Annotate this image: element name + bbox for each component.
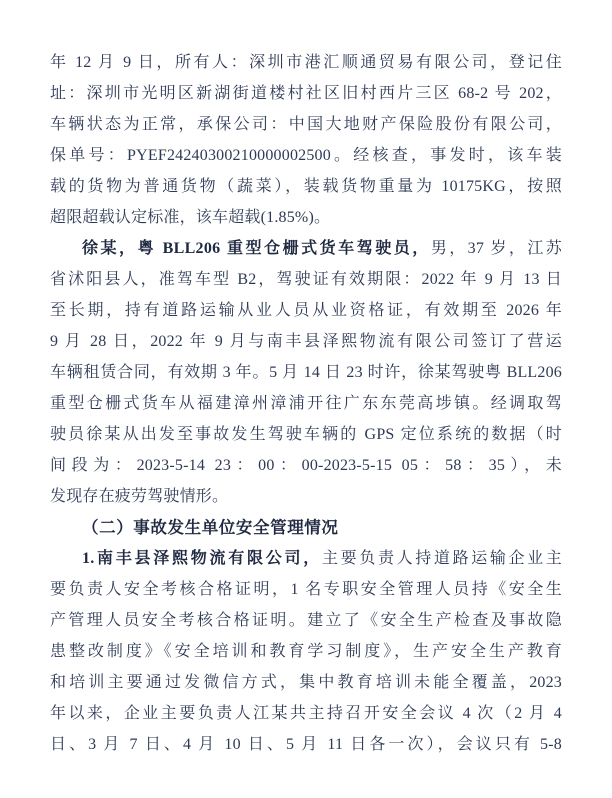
text-line-paragraph-end: 超限超载认定标准，该车超载(1.85%)。 [50,202,562,233]
text-line: 车辆状态为正常，承保公司：中国大地财产保险股份有限公司， [50,109,562,140]
text-line: 驶员徐某从出发至事故发生驾驶车辆的 GPS 定位系统的数据（时 [50,419,562,450]
line-text-segment: 男，37 岁，江苏 [431,240,562,257]
line-text-segment: 要负责人安全考核合格证明，1 名专职安全管理人员持《安全生 [50,581,562,598]
line-text-segment: 保单号：PYEF24240300210000002500。经核查，事发时，该车装 [50,147,562,164]
text-line-gps-data: 间段为：2023-5-14 23：00：00-2023-5-15 05：58：3… [50,450,562,481]
text-line: 产管理人员安全考核合格证明。建立了《安全生产检查及事故隐 [50,605,562,636]
text-line: 保单号：PYEF24240300210000002500。经核查，事发时，该车装 [50,140,562,171]
text-line: 和培训主要通过发微信方式，集中教育培训未能全覆盖，2023 [50,667,562,698]
line-text-segment: 车辆租赁合同，有效期 3 年。5 月 14 日 23 时许，徐某驾驶粤 BLL2… [50,364,562,381]
company-name-bold: 1.南丰县泽熙物流有限公司， [82,550,322,567]
text-line: 址：深圳市光明区新湖街道楼村社区旧村西片三区 68-2 号 202， [50,78,562,109]
line-text-segment: 发现存在疲劳驾驶情形。 [50,488,228,505]
text-line: 年 12 月 9 日，所有人：深圳市港汇顺通贸易有限公司，登记住 [50,47,562,78]
line-text-segment: 和培训主要通过发微信方式，集中教育培训未能全覆盖，2023 [50,674,562,691]
document-body: 年 12 月 9 日，所有人：深圳市港汇顺通贸易有限公司，登记住 址：深圳市光明… [50,47,562,760]
line-text-segment: 年 12 月 9 日，所有人：深圳市港汇顺通贸易有限公司，登记住 [50,54,562,71]
text-line: 要负责人安全考核合格证明，1 名专职安全管理人员持《安全生 [50,574,562,605]
text-line-paragraph-start: 1.南丰县泽熙物流有限公司，主要负责人持道路运输企业主 [50,543,562,574]
section-heading: （二）事故发生单位安全管理情况 [50,512,562,543]
text-line: 日、3 月 7 日、4 月 10 日、5 月 11 日各一次），会议只有 5-8 [50,729,562,760]
section-heading-text: （二）事故发生单位安全管理情况 [82,518,339,537]
document-page: 年 12 月 9 日，所有人：深圳市港汇顺通贸易有限公司，登记住 址：深圳市光明… [0,0,612,798]
line-text-segment: 省沭阳县人，准驾车型 B2，驾驶证有效期限：2022 年 9 月 13 日 [50,271,562,288]
driver-name-bold: 徐某，粤 BLL206 重型仓栅式货车驾驶员， [82,240,431,257]
text-line-paragraph-end: 发现存在疲劳驾驶情形。 [50,481,562,512]
text-line: 至长期，持有道路运输从业人员从业资格证，有效期至 2026 年 [50,295,562,326]
line-text-segment: 9 月 28 日，2022 年 9 月与南丰县泽熙物流有限公司签订了营运 [50,333,562,350]
line-text-segment: 驶员徐某从出发至事故发生驾驶车辆的 GPS 定位系统的数据（时 [50,426,562,443]
text-line: 患整改制度》《安全培训和教育学习制度》，生产安全生产教育 [50,636,562,667]
line-text-segment: 超限超载认定标准，该车超载(1.85%)。 [50,209,330,226]
text-line: 载的货物为普通货物（蔬菜），装载货物重量为 10175KG，按照 [50,171,562,202]
line-text-segment: 车辆状态为正常，承保公司：中国大地财产保险股份有限公司， [50,116,562,133]
text-line: 重型仓栅式货车从福建漳州漳浦开往广东东莞高埗镇。经调取驾 [50,388,562,419]
line-text-segment: 载的货物为普通货物（蔬菜），装载货物重量为 10175KG，按照 [50,178,562,195]
line-text-segment: 至长期，持有道路运输从业人员从业资格证，有效期至 2026 年 [50,302,562,319]
line-text-segment: 间段为：2023-5-14 23：00：00-2023-5-15 05：58：3… [50,457,562,474]
text-line: 9 月 28 日，2022 年 9 月与南丰县泽熙物流有限公司签订了营运 [50,326,562,357]
line-text-segment: 日、3 月 7 日、4 月 10 日、5 月 11 日各一次），会议只有 5-8 [50,736,562,753]
line-text-segment: 年以来，企业主要负责人江某共主持召开安全会议 4 次（2 月 4 [50,705,562,722]
line-text-segment: 址：深圳市光明区新湖街道楼村社区旧村西片三区 68-2 号 202， [50,85,562,102]
line-text-segment: 重型仓栅式货车从福建漳州漳浦开往广东东莞高埗镇。经调取驾 [50,395,562,412]
text-line: 省沭阳县人，准驾车型 B2，驾驶证有效期限：2022 年 9 月 13 日 [50,264,562,295]
line-text-segment: 产管理人员安全考核合格证明。建立了《安全生产检查及事故隐 [50,612,562,629]
text-line: 车辆租赁合同，有效期 3 年。5 月 14 日 23 时许，徐某驾驶粤 BLL2… [50,357,562,388]
line-text-segment: 主要负责人持道路运输企业主 [322,550,562,567]
text-line: 年以来，企业主要负责人江某共主持召开安全会议 4 次（2 月 4 [50,698,562,729]
text-line-paragraph-start: 徐某，粤 BLL206 重型仓栅式货车驾驶员，男，37 岁，江苏 [50,233,562,264]
line-text-segment: 患整改制度》《安全培训和教育学习制度》，生产安全生产教育 [50,643,562,660]
